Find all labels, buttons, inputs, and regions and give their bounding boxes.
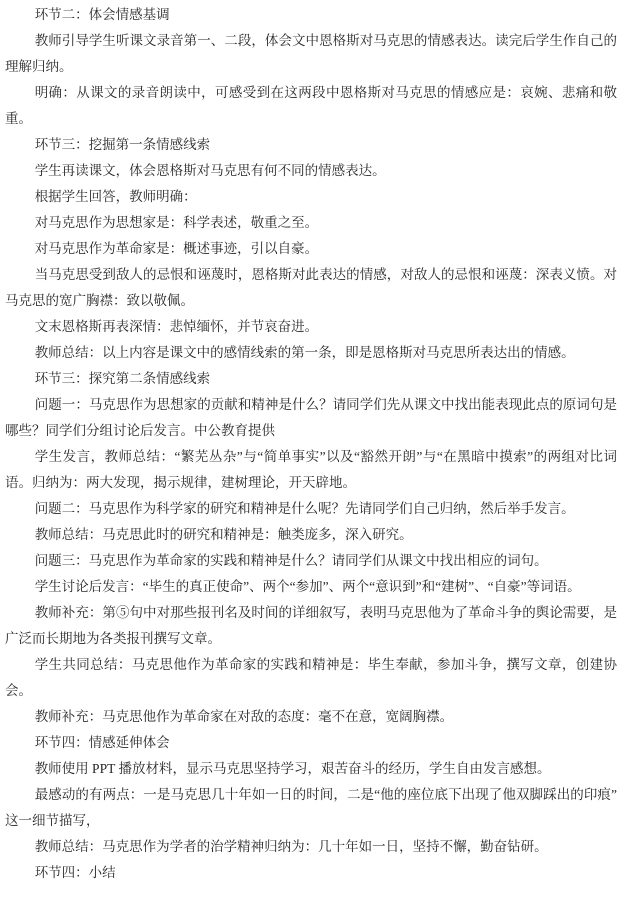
paragraph: 问题三：马克思作为革命家的实践和精神是什么？请同学们从课文中找出相应的词句。 [5, 548, 617, 574]
paragraph: 教师总结：马克思此时的研究和精神是：触类庞多，深入研究。 [5, 522, 617, 548]
paragraph: 学生共同总结：马克思他作为革命家的实践和精神是：毕生奉献，参加斗争，撰写文章，创… [5, 652, 617, 704]
paragraph: 教师总结：以上内容是课文中的感情线索的第一条，即是恩格斯对马克思所表达出的情感。 [5, 340, 617, 366]
paragraph: 问题二：马克思作为科学家的研究和精神是什么呢？先请同学们自己归纳，然后举手发言。 [5, 496, 617, 522]
section-heading: 环节三：挖掘第一条情感线索 [5, 132, 617, 158]
paragraph: 文末恩格斯再表深情：悲悼缅怀，并节哀奋进。 [5, 314, 617, 340]
paragraph: 最感动的有两点：一是马克思几十年如一日的时间，二是“他的座位底下出现了他双脚踩出… [5, 782, 617, 834]
section-heading: 环节四：小结 [5, 860, 617, 886]
paragraph: 教师补充：马克思他作为革命家在对敌的态度：毫不在意，宽阔胸襟。 [5, 704, 617, 730]
paragraph: 明确：从课文的录音朗读中，可感受到在这两段中恩格斯对马克思的情感应是：哀婉、悲痛… [5, 80, 617, 132]
section-heading: 环节四：情感延伸体会 [5, 730, 617, 756]
paragraph: 教师使用 PPT 播放材料，显示马克思坚持学习，艰苦奋斗的经历，学生自由发言感想… [5, 756, 617, 782]
paragraph: 问题一：马克思作为思想家的贡献和精神是什么？请同学们先从课文中找出能表现此点的原… [5, 392, 617, 444]
document-page: 环节二：体会情感基调 教师引导学生听课文录音第一、二段，体会文中恩格斯对马克思的… [0, 0, 622, 900]
paragraph: 学生再读课文，体会恩格斯对马克思有何不同的情感表达。 [5, 158, 617, 184]
paragraph: 对马克思作为思想家是：科学表述，敬重之至。 [5, 210, 617, 236]
paragraph: 当马克思受到敌人的忌恨和诬蔑时，恩格斯对此表达的情感，对敌人的忌恨和诬蔑：深表义… [5, 262, 617, 314]
paragraph: 教师补充：第⑤句中对那些报刊名及时间的详细叙写，表明马克思他为了革命斗争的舆论需… [5, 600, 617, 652]
paragraph: 学生讨论后发言：“毕生的真正使命”、两个“参加”、两个“意识到”和“建树”、“自… [5, 574, 617, 600]
section-heading: 环节二：体会情感基调 [5, 2, 617, 28]
paragraph: 对马克思作为革命家是：概述事迹，引以自豪。 [5, 236, 617, 262]
paragraph: 根据学生回答，教师明确： [5, 184, 617, 210]
paragraph: 学生发言，教师总结：“繁芜丛杂”与“简单事实”以及“豁然开朗”与“在黑暗中摸索”… [5, 444, 617, 496]
paragraph: 教师总结：马克思作为学者的治学精神归纳为：几十年如一日，坚持不懈，勤奋钻研。 [5, 834, 617, 860]
paragraph: 教师引导学生听课文录音第一、二段，体会文中恩格斯对马克思的情感表达。读完后学生作… [5, 28, 617, 80]
section-heading: 环节三：探究第二条情感线索 [5, 366, 617, 392]
